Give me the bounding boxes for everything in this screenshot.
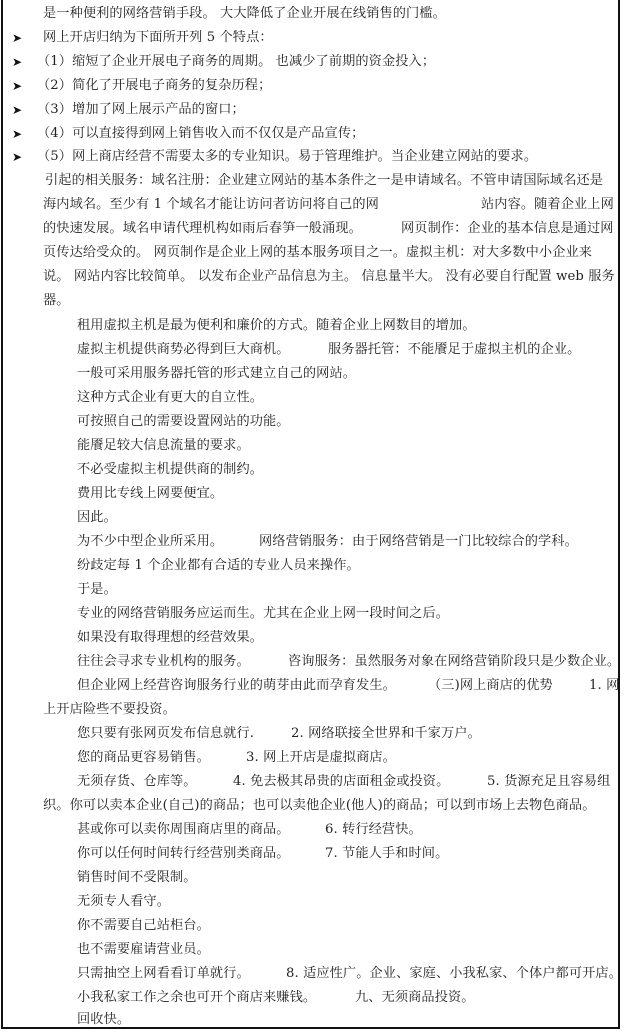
text-line: 4. 免去极其昂贵的店面租金或投资。 — [233, 770, 449, 794]
text-line: 虚拟主机提供商势必得到巨大商机。 — [77, 338, 290, 362]
text-line: 说。 网站内容比较简单。 以发布企业产品信息为主。 信息量半大。 没有必要自行配… — [43, 265, 615, 289]
bullet-item: （3）增加了网上展示产品的窗口； — [37, 98, 245, 122]
text-line: 6. 转行经营快。 — [325, 818, 422, 842]
text-line: 1. 网 — [589, 674, 619, 698]
text-line: 海内域名。至少有 1 个域名才能让访问者访问将自己的网 — [43, 193, 379, 217]
text-line: 网页制作：企业的基本信息是通过网 — [401, 217, 614, 241]
text-line: 回收快。 — [77, 1008, 130, 1028]
text-line: 能餍足较大信息流量的要求。 — [77, 434, 250, 458]
text-line: 织。你可以卖本企业(自己)的商品；也可以卖他企业(他人)的商品；可以到市场上去物… — [43, 794, 595, 818]
bullet-item: 网上开店归纳为下面所开列 5 个特点： — [43, 26, 273, 50]
text-line: 不必受虚拟主机提供商的制约。 — [77, 458, 263, 482]
arrow-bullet-icon: ➤ — [12, 145, 22, 169]
text-line: 你可以任何时间转行经营别类商品。 — [77, 842, 290, 866]
arrow-bullet-icon: ➤ — [12, 50, 22, 74]
text-line: 租用虚拟主机是最为便利和廉价的方式。随着企业上网数目的增加。 — [77, 314, 476, 338]
text-line: 你不需要自己站柜台。 — [77, 914, 210, 938]
text-line: 3. 网上开店是虚拟商店。 — [246, 746, 396, 770]
text-line: 是一种便利的网络营销手段。 大大降低了企业开展在线销售的门槛。 — [43, 2, 446, 26]
text-line: 九、无须商品投资。 — [355, 986, 475, 1010]
text-line: 2. 网络联接全世界和千家万户。 — [291, 722, 481, 746]
arrow-bullet-icon: ➤ — [12, 74, 22, 98]
text-line: 费用比专线上网要便宜。 — [77, 482, 223, 506]
text-line: 专业的网络营销服务应运而生。尤其在企业上网一段时间之后。 — [77, 602, 449, 626]
text-line: 上开店险些不要投资。 — [43, 698, 176, 722]
text-line: 纷歧定每 1 个企业都有合适的专业人员来操作。 — [77, 554, 360, 578]
text-line: 往往会寻求专业机构的服务。 — [77, 650, 250, 674]
text-line: 服务器托管：不能餍足于虚拟主机的企业。 — [328, 338, 580, 362]
bullet-item: （2）简化了开展电子商务的复杂历程； — [37, 74, 271, 98]
arrow-bullet-icon: ➤ — [12, 98, 22, 122]
text-line: 小我私家工作之余也可开个商店来赚钱。 — [77, 986, 316, 1010]
text-line: 无须专人看守。 — [77, 890, 170, 914]
text-line: 的快速发展。域名申请代理机构如雨后春笋一般涌现。 — [43, 217, 362, 241]
text-line: 您只要有张网页发布信息就行. — [77, 722, 254, 746]
bullet-item: （1）缩短了企业开展电子商务的周期。 也减少了前期的资金投入； — [37, 50, 435, 74]
text-line: 网络营销服务：由于网络营销是一门比较综合的学科。 — [259, 530, 578, 554]
bullet-item: （4）可以直接得到网上销售收入而不仅仅是产品宣传； — [37, 122, 364, 146]
text-line: 引起的相关服务：域名注册：企业建立网站的基本条件之一是申请域名。不管申请国际域名… — [45, 169, 603, 193]
text-line: 8. 适应性广。企业、家庭、小我私家、个体户都可开店。 — [286, 962, 622, 986]
text-line: 为不少中型企业所采用。 — [77, 530, 223, 554]
text-line: 您的商品更容易销售。 — [77, 746, 210, 770]
text-line: 可按照自己的需要设置网站的功能。 — [77, 410, 290, 434]
section-heading: （三)网上商店的优势 — [428, 674, 553, 698]
text-line: 站内容。随着企业上网 — [481, 193, 614, 217]
text-line: 无须存货、仓库等。 — [77, 770, 197, 794]
text-line: 于是。 — [77, 578, 117, 602]
text-line: 也不需要雇请营业员。 — [77, 938, 210, 962]
text-line: 甚或你可以卖你周围商店里的商品。 — [77, 818, 290, 842]
text-line: 咨询服务：虽然服务对象在网络营销阶段只是少数企业。 — [288, 650, 620, 674]
text-line: 因此。 — [77, 506, 117, 530]
arrow-bullet-icon: ➤ — [12, 26, 22, 50]
text-line: 页传达给受众的。 网页制作是企业上网的基本服务项目之一。虚拟主机：对大多数中小企… — [43, 241, 592, 265]
text-line: 一般可采用服务器托管的形式建立自己的网站。 — [77, 362, 356, 386]
bullet-item: （5）网上商店经营不需要太多的专业知识。易于管理维护。当企业建立网站的要求。 — [37, 145, 537, 169]
text-line: 这种方式企业有更大的自立性。 — [77, 386, 263, 410]
text-line: 7. 节能人手和时间。 — [325, 842, 448, 866]
text-line: 5. 货源充足且容易组 — [487, 770, 610, 794]
arrow-bullet-icon: ➤ — [12, 122, 22, 146]
text-line: 销售时间不受限制。 — [77, 866, 197, 890]
text-line: 但企业网上经营咨询服务行业的萌芽由此而孕育发生。 — [77, 674, 396, 698]
document-page: 是一种便利的网络营销手段。 大大降低了企业开展在线销售的门槛。 ➤ 网上开店归纳… — [1, 0, 620, 1029]
text-line: 只需抽空上网看看订单就行。 — [77, 962, 250, 986]
text-line: 器。 — [43, 289, 70, 313]
text-line: 如果没有取得理想的经营效果。 — [77, 626, 263, 650]
